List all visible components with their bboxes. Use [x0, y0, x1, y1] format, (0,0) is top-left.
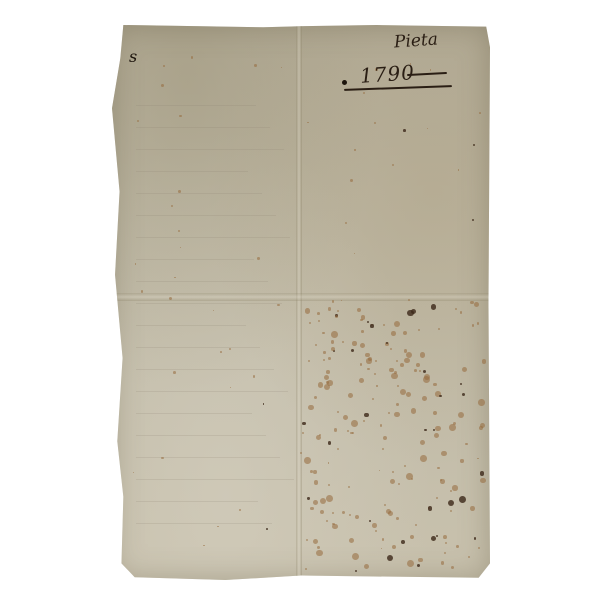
- vertical-fold-line: [296, 25, 302, 580]
- margin-mark: s: [129, 47, 137, 66]
- document-sheet: s Pieta 1790: [112, 25, 490, 580]
- ink-dot: [342, 80, 347, 85]
- annotation-title: Pieta: [393, 29, 438, 52]
